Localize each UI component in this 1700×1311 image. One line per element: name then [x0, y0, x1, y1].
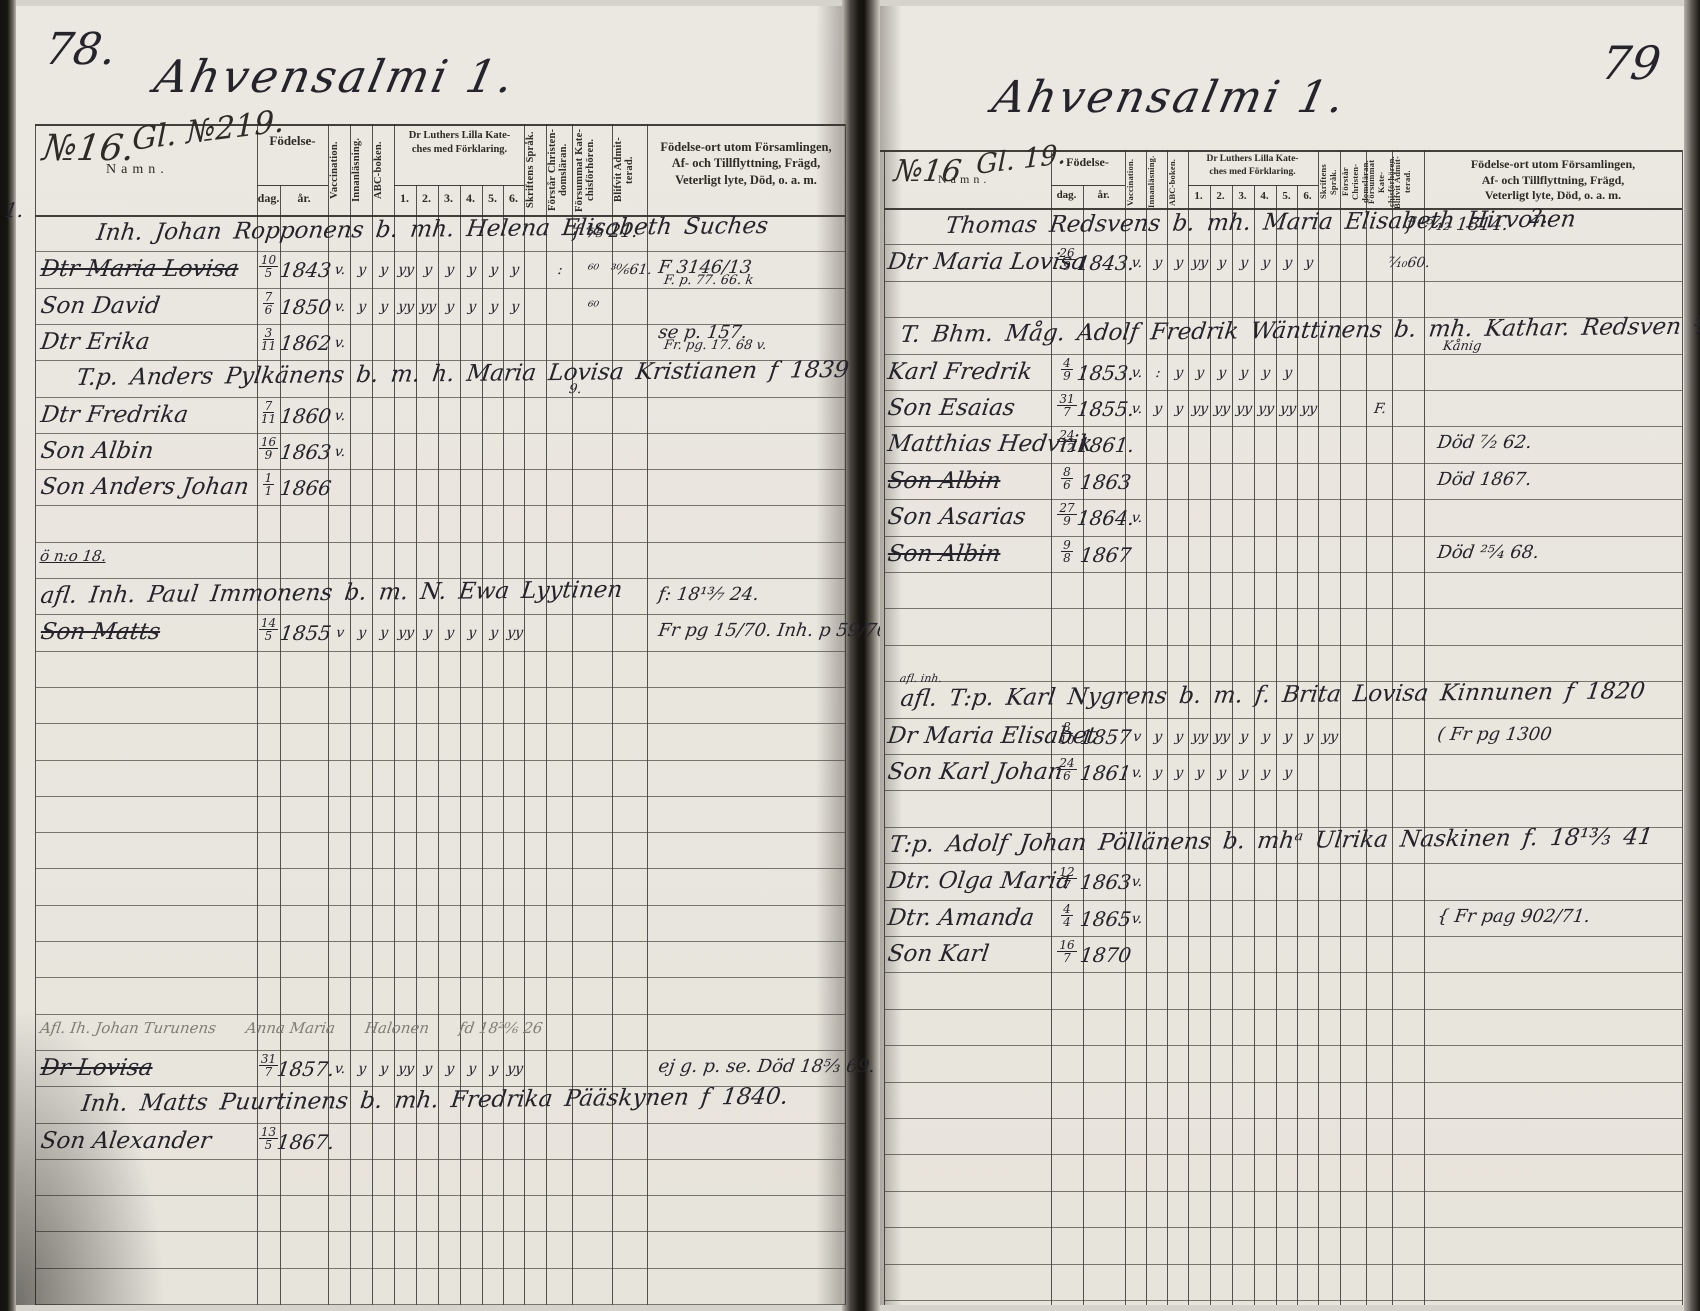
mark-cell: y	[467, 625, 477, 641]
fodelseort-line1: Födelse-ort utom Församlingen,	[648, 139, 844, 155]
grid-line	[35, 760, 845, 761]
grid-line	[884, 790, 1682, 791]
mark-cell: yy	[397, 299, 415, 315]
grid-line	[884, 718, 1682, 719]
grid-line	[884, 536, 1682, 537]
day-numerator: 4	[1061, 357, 1073, 370]
grid-line	[1051, 185, 1125, 186]
mark-cell: y	[1153, 729, 1163, 745]
mark-cell: y	[489, 1061, 499, 1077]
birth-year-cell: 1853.	[1075, 361, 1136, 385]
mark-cell: y	[1174, 255, 1184, 271]
birth-day-cell: 105	[257, 254, 280, 279]
column-header-dag: dag.	[257, 191, 280, 206]
mark-cell: v.	[334, 299, 347, 315]
mark-cell: y	[1239, 765, 1249, 781]
table-row-name: Dtr. Olga Maria	[886, 868, 1072, 894]
grid-line	[884, 499, 1682, 500]
mark-cell: yy	[397, 1061, 415, 1077]
birth-year-cell: 1843.	[1075, 251, 1136, 275]
blifvit-line2: terad.	[1402, 152, 1412, 212]
mark-cell: yy	[1191, 255, 1209, 271]
table-row-name: Dtr Erika	[39, 329, 151, 355]
table-row-name: Dtr Fredrika	[39, 402, 190, 428]
grid-line	[884, 972, 1682, 973]
mark-cell: y	[445, 1061, 455, 1077]
birth-year-cell: 1867.	[275, 1130, 336, 1154]
table-row-name: ö n:o 18.	[39, 547, 108, 565]
grid-line	[884, 572, 1682, 573]
kateches-col-6: 6.	[503, 191, 524, 206]
mark-cell: ⁶⁰	[586, 262, 599, 278]
grid-line	[503, 185, 504, 1305]
mark-cell: yy	[397, 625, 415, 641]
day-numerator: 4	[1061, 903, 1073, 916]
birth-year-cell: 1870	[1079, 943, 1133, 967]
mark-cell: y	[1217, 765, 1227, 781]
birth-day-cell: 311	[257, 327, 280, 352]
mark-cell: y	[510, 299, 520, 315]
kateches-col-4: 4.	[460, 191, 481, 206]
fodelseort-line3: Veterligt lyte, Död, o. a. m.	[1425, 188, 1681, 204]
column-header-forsummat: Försummat Kate- chisförhören.	[574, 126, 611, 214]
mark-cell: v	[1132, 729, 1142, 745]
fodelseort-line1: Födelse-ort utom Församlingen,	[1425, 157, 1681, 173]
grid-line	[647, 124, 648, 1305]
mark-cell: y	[489, 262, 499, 278]
mark-cell: v.	[1130, 874, 1143, 890]
note-cell: Kånig	[1442, 339, 1482, 354]
mark-cell: y	[1195, 765, 1205, 781]
column-header-ar: år.	[280, 191, 328, 206]
mark-cell: yy	[1213, 729, 1231, 745]
table-row-name: afl. Inh. Paul Immonens b. m. N. Ewa Lyy…	[39, 577, 624, 609]
mark-cell: :	[1154, 365, 1161, 381]
day-denominator: 1	[265, 485, 273, 497]
forsummat-line1: Försummat Kate-	[1366, 152, 1386, 212]
column-header-vaccination: Vaccination.	[1125, 152, 1145, 212]
grid-line	[460, 185, 461, 1305]
note-cell: ej g. p. se. Död 18⁵⁄₃ 69.	[657, 1056, 876, 1077]
blifvit-line1: Blifvit Admit-	[613, 126, 624, 214]
mark-cell: y	[357, 262, 367, 278]
mark-cell: v.	[334, 335, 347, 351]
note-cell: ( Fr pg 1300	[1436, 724, 1553, 745]
grid-line	[35, 832, 845, 833]
note-cell: Död ²⁵⁄₄ 68.	[1436, 542, 1540, 563]
table-row-name: Son Albin	[886, 468, 1002, 494]
mark-cell: y	[379, 1061, 389, 1077]
kateches-line2: ches med Förklaring.	[395, 143, 524, 157]
grid-line	[35, 469, 845, 470]
day-denominator: 7	[1063, 879, 1071, 891]
mark-cell: yy	[1279, 401, 1297, 417]
forsummat-line1: Försummat Kate-	[574, 126, 585, 214]
grid-line	[35, 723, 845, 724]
column-header-forsummat: Försummat Kate- chisförhören.	[1366, 152, 1391, 212]
grid-line	[884, 608, 1682, 609]
table-row-name: Son Esaias	[886, 395, 1017, 421]
grid-line	[35, 1231, 845, 1232]
day-numerator: 13	[259, 1126, 278, 1139]
table-row-name: Inh. Matts Puurtinens b. mh. Fredrika Pä…	[80, 1084, 790, 1117]
day-numerator: 3	[263, 327, 275, 340]
kateches-line1: Dr Luthers Lilla Kate-	[395, 129, 524, 143]
birth-year-cell: 1860	[279, 404, 333, 428]
mark-cell: yy	[419, 299, 437, 315]
grid-line	[416, 185, 417, 1305]
mark-cell: y	[379, 262, 389, 278]
namn-column-header: Namn.	[106, 162, 169, 178]
grid-line	[35, 614, 845, 615]
mark-cell: y	[489, 299, 499, 315]
mark-cell: y	[1239, 365, 1249, 381]
column-header-abc-boken: ABC-boken.	[1167, 152, 1187, 212]
day-denominator: 11	[261, 413, 276, 425]
birth-year-cell: 1864.	[1075, 506, 1136, 530]
grid-line	[884, 244, 1682, 245]
kateches-col-3: 3.	[1232, 190, 1253, 202]
mark-cell: y	[467, 262, 477, 278]
grid-line	[35, 1050, 845, 1051]
note-cell: Död 1867.	[1436, 469, 1533, 490]
grid-line	[35, 868, 845, 869]
column-header-forstar: Förstår Christen- domsläran.	[547, 126, 572, 214]
note-cell: 9.	[568, 382, 583, 397]
right-page: 79 Ahvensalmi 1. 2. №16 Namn. Gl. 19. Fö…	[880, 6, 1684, 1305]
grid-line	[884, 1300, 1682, 1301]
book-edge-right	[1684, 0, 1700, 1311]
day-numerator: 7	[263, 291, 275, 304]
mark-cell: yy	[506, 625, 524, 641]
mark-cell: y	[423, 262, 433, 278]
mark-cell: y	[510, 262, 520, 278]
grid-line	[35, 905, 845, 906]
day-denominator: 7	[265, 1066, 273, 1078]
mark-cell: yy	[1321, 729, 1339, 745]
grid-line	[884, 1227, 1682, 1228]
birth-day-cell: 76	[257, 291, 280, 316]
mark-cell: v	[335, 625, 345, 641]
mark-cell: yy	[506, 1061, 524, 1077]
day-denominator: 6	[1063, 770, 1071, 782]
kateches-col-6: 6.	[1297, 190, 1318, 202]
birth-day-cell: 167	[1051, 939, 1083, 964]
column-header-abc-boken: ABC-boken.	[373, 126, 394, 214]
day-denominator: 11	[261, 340, 276, 352]
mark-cell: y	[1304, 729, 1314, 745]
day-denominator: 6	[265, 304, 273, 316]
note-cell: f ¹⁵⁄₁₂ 1814.	[1405, 214, 1509, 235]
fodelseort-line3: Veterligt lyte, Död, o. a. m.	[648, 172, 844, 188]
grid-line	[35, 1014, 845, 1015]
table-row-name: Son Alexander	[39, 1128, 213, 1154]
birth-day-cell: 145	[257, 617, 280, 642]
birth-year-cell: 1867	[1079, 543, 1133, 567]
kateches-line2: ches med Förklaring.	[1188, 166, 1317, 179]
mark-cell: yy	[1213, 401, 1231, 417]
column-header-innanlasning: Innanläsning.	[1146, 152, 1166, 212]
mark-cell: yy	[397, 262, 415, 278]
birth-year-cell: 1866	[279, 476, 333, 500]
mark-cell: y	[1261, 255, 1271, 271]
note-cell: Fr. pg. 17. 68 v.	[663, 338, 768, 353]
mark-cell: y	[1283, 255, 1293, 271]
table-row-name: Dr Lovisa	[39, 1055, 154, 1081]
grid-line	[884, 150, 885, 1305]
day-denominator: 5	[265, 267, 273, 279]
column-header-fodelse: Födelse-	[1051, 155, 1124, 170]
grid-line	[35, 941, 845, 942]
table-row-name: Dtr Maria Lovisa	[39, 256, 240, 282]
birth-year-cell: 1850	[279, 295, 333, 319]
mark-cell: y	[1239, 255, 1249, 271]
day-denominator: 10	[1059, 734, 1074, 746]
grid-line	[35, 124, 36, 1305]
mark-cell: y	[357, 1061, 367, 1077]
table-row-name: Son Anders Johan	[39, 474, 251, 500]
grid-line	[35, 796, 845, 797]
column-header-forstar: Förstår Christen- domsläran.	[1340, 152, 1365, 212]
grid-line	[884, 1154, 1682, 1155]
column-header-blifvit: Blifvit Admit- terad.	[1392, 152, 1423, 212]
birth-year-cell: 1862	[279, 331, 333, 355]
mark-cell: v.	[1130, 401, 1143, 417]
table-row-name: Son Karl	[886, 941, 991, 967]
grid-line	[35, 1304, 845, 1305]
mark-cell: y	[357, 299, 367, 315]
mark-cell: yy	[1300, 401, 1318, 417]
day-denominator: 7	[1063, 952, 1071, 964]
table-row-name: afl. T:p. Karl Nygrens b. m. f. Brita Lo…	[899, 678, 1646, 712]
table-row-name: T:p. Adolf Johan Pöllänens b. mhᵃ Ulrika…	[888, 824, 1654, 858]
grid-line	[884, 1118, 1682, 1119]
column-header-innanlasning: Innanläsning.	[351, 126, 372, 214]
mark-cell: yy	[1257, 401, 1275, 417]
blifvit-line1: Blifvit Admit-	[1392, 152, 1402, 212]
grid-line	[35, 251, 845, 252]
column-header-fodelse: Födelse-	[257, 133, 328, 149]
day-denominator: 5	[265, 1139, 273, 1151]
grid-line	[394, 185, 524, 186]
birth-year-cell: 1855	[279, 621, 333, 645]
table-row-name: Dtr. Amanda	[886, 905, 1036, 931]
table-row-annotation: afl. inh.	[899, 672, 943, 685]
page-number-right: 79	[1598, 36, 1664, 90]
mark-cell: ³⁰⁄₆61.	[609, 262, 653, 278]
grid-line	[884, 1082, 1682, 1083]
grid-line	[884, 1264, 1682, 1265]
table-row-name: Son Asarias	[886, 504, 1027, 530]
left-page: 78. Ahvensalmi 1. 1. №16. Namn. Gl. №219…	[16, 6, 842, 1305]
column-header-fodelseort: Födelse-ort utom Församlingen, Af- och T…	[1425, 157, 1681, 204]
column-header-fodelseort: Födelse-ort utom Församlingen, Af- och T…	[648, 139, 844, 188]
margin-mark-left: 1.	[3, 198, 25, 222]
day-denominator: 8	[1063, 552, 1071, 564]
day-numerator: 9	[1061, 539, 1073, 552]
mark-cell: y	[1239, 729, 1249, 745]
grid-line	[572, 124, 573, 1305]
mark-cell: y	[379, 299, 389, 315]
kateches-col-2: 2.	[416, 191, 437, 206]
grid-line	[438, 185, 439, 1305]
mark-cell: y	[445, 262, 455, 278]
grid-line	[884, 754, 1682, 755]
column-header-vaccination: Vaccination.	[329, 126, 350, 214]
grid-line	[884, 426, 1682, 427]
birth-year-cell: 1861.	[1075, 433, 1136, 457]
day-denominator: 5	[265, 630, 273, 642]
mark-cell: v.	[334, 408, 347, 424]
mark-cell: :	[557, 262, 564, 278]
grid-line	[35, 977, 845, 978]
column-header-skriftens-sprak: Skriftens Språk.	[1318, 152, 1339, 212]
grid-line	[884, 1045, 1682, 1046]
birth-year-cell: 1863	[1079, 470, 1133, 494]
mark-cell: y	[1174, 365, 1184, 381]
grid-line	[35, 1268, 845, 1269]
birth-day-cell: 44	[1051, 903, 1083, 928]
kateches-col-4: 4.	[1254, 190, 1275, 202]
mark-cell: y	[379, 625, 389, 641]
birth-year-cell: 1861	[1079, 761, 1133, 785]
grid-line	[884, 281, 1682, 282]
birth-day-cell: 11	[257, 472, 280, 497]
mark-cell: y	[1217, 255, 1227, 271]
mark-cell: y	[489, 625, 499, 641]
book-gutter	[842, 0, 880, 1311]
day-denominator: 6	[1063, 479, 1071, 491]
grid-line	[884, 390, 1682, 391]
book-edge-left	[0, 0, 16, 1311]
kateches-col-1: 1.	[1188, 190, 1209, 202]
birth-day-cell: 810	[1051, 721, 1083, 746]
birth-day-cell: 127	[1051, 866, 1083, 891]
birth-day-cell: 98	[1051, 539, 1083, 564]
table-row-name: Son Albin	[39, 438, 155, 464]
mark-cell: y	[445, 625, 455, 641]
mark-cell: y	[1261, 729, 1271, 745]
birth-day-cell: 86	[1051, 466, 1083, 491]
fodelseort-line2: Af- och Tillflyttning, Frägd,	[648, 155, 844, 171]
grid-line	[35, 1123, 845, 1124]
mark-cell: y	[1174, 401, 1184, 417]
grid-line	[546, 124, 547, 1305]
mark-cell: y	[357, 625, 367, 641]
column-header-kateches: Dr Luthers Lilla Kate- ches med Förklari…	[1188, 153, 1317, 179]
mark-cell: yy	[1235, 401, 1253, 417]
column-header-blifvit: Blifvit Admit- terad.	[613, 126, 646, 214]
kateches-col-5: 5.	[1276, 190, 1297, 202]
grid-line	[845, 124, 846, 1305]
grid-line	[35, 1159, 845, 1160]
grid-line	[612, 124, 613, 1305]
day-numerator: 8	[1061, 721, 1073, 734]
forsummat-line2: chisförhören.	[585, 126, 596, 214]
day-denominator: 7	[1063, 406, 1071, 418]
table-row-name: Son Albin	[886, 541, 1002, 567]
kateches-col-2: 2.	[1210, 190, 1231, 202]
birth-year-cell: 1863	[1079, 870, 1133, 894]
table-row-name: T.p. Anders Pylkänens b. m. h. Maria Lov…	[75, 357, 850, 391]
mark-cell: v.	[334, 444, 347, 460]
table-row-name: Son David	[39, 293, 162, 319]
mark-cell: y	[1261, 365, 1271, 381]
note-cell: f ⁴⁄₅ 21.	[572, 221, 639, 242]
grid-line	[524, 124, 525, 1305]
kateches-col-5: 5.	[482, 191, 503, 206]
birth-year-cell: 1843	[279, 258, 333, 282]
table-row-name: Afl. Ih. Johan Turunens Anna Maria Halon…	[39, 1019, 544, 1037]
forstar-line1: Förstår Christen-	[547, 126, 558, 214]
grid-line	[884, 1009, 1682, 1010]
note-cell: F. p. 77. 66. k	[663, 273, 754, 288]
day-denominator: 9	[1063, 370, 1071, 382]
forstar-line2: domsläran.	[558, 126, 569, 214]
mark-cell: yy	[1191, 729, 1209, 745]
day-denominator: 12	[1059, 442, 1074, 454]
mark-cell: y	[1283, 365, 1293, 381]
grid-line	[35, 397, 845, 398]
day-denominator: 9	[265, 449, 273, 461]
mark-cell: yy	[1191, 401, 1209, 417]
grid-line	[1188, 185, 1318, 186]
grid-line	[394, 124, 395, 1305]
grid-line	[884, 645, 1682, 646]
mark-cell: F.	[1373, 401, 1387, 417]
grid-line	[35, 687, 845, 688]
note-cell: f: 18¹³⁄₇ 24.	[657, 584, 760, 605]
day-denominator: 9	[1063, 260, 1071, 272]
grid-line	[884, 863, 1682, 864]
column-header-dag: dag.	[1051, 189, 1082, 201]
birth-day-cell: 711	[257, 400, 280, 425]
grid-line	[884, 900, 1682, 901]
grid-line	[257, 185, 328, 186]
kateches-col-3: 3.	[438, 191, 459, 206]
mark-cell: v.	[1130, 765, 1143, 781]
grid-line	[372, 124, 373, 1305]
grid-line	[884, 463, 1682, 464]
page-number-left: 78.	[42, 24, 119, 75]
grid-line	[482, 185, 483, 1305]
table-row-name: Karl Fredrik	[886, 359, 1034, 385]
day-denominator: 4	[1063, 916, 1071, 928]
scanned-parish-register: { "scan": { "columns": { "fodelse": "Föd…	[0, 0, 1700, 1311]
mark-cell: v.	[1130, 911, 1143, 927]
day-numerator: 7	[263, 400, 275, 413]
birth-day-cell: 169	[257, 436, 280, 461]
day-numerator: 16	[259, 436, 278, 449]
mark-cell: y	[1153, 255, 1163, 271]
day-numerator: 8	[1061, 466, 1073, 479]
fodelseort-line2: Af- och Tillflyttning, Frägd,	[1425, 173, 1681, 189]
birth-year-cell: 1855.	[1075, 397, 1136, 421]
kateches-line1: Dr Luthers Lilla Kate-	[1188, 153, 1317, 166]
mark-cell: v.	[334, 1061, 347, 1077]
mark-cell: y	[1261, 765, 1271, 781]
margin-mark-right: 2.	[1528, 204, 1550, 228]
blifvit-line2: terad.	[624, 126, 635, 214]
note-cell: Död ⁷⁄₂ 62.	[1436, 432, 1533, 453]
mark-cell: y	[423, 1061, 433, 1077]
birth-day-cell: 246	[1051, 757, 1083, 782]
mark-cell: y	[1195, 365, 1205, 381]
forstar-line1: Förstår Christen-	[1340, 152, 1360, 212]
birth-year-cell: 1865	[1079, 907, 1133, 931]
mark-cell: ⁶⁰	[586, 299, 599, 315]
mark-cell: y	[1283, 729, 1293, 745]
